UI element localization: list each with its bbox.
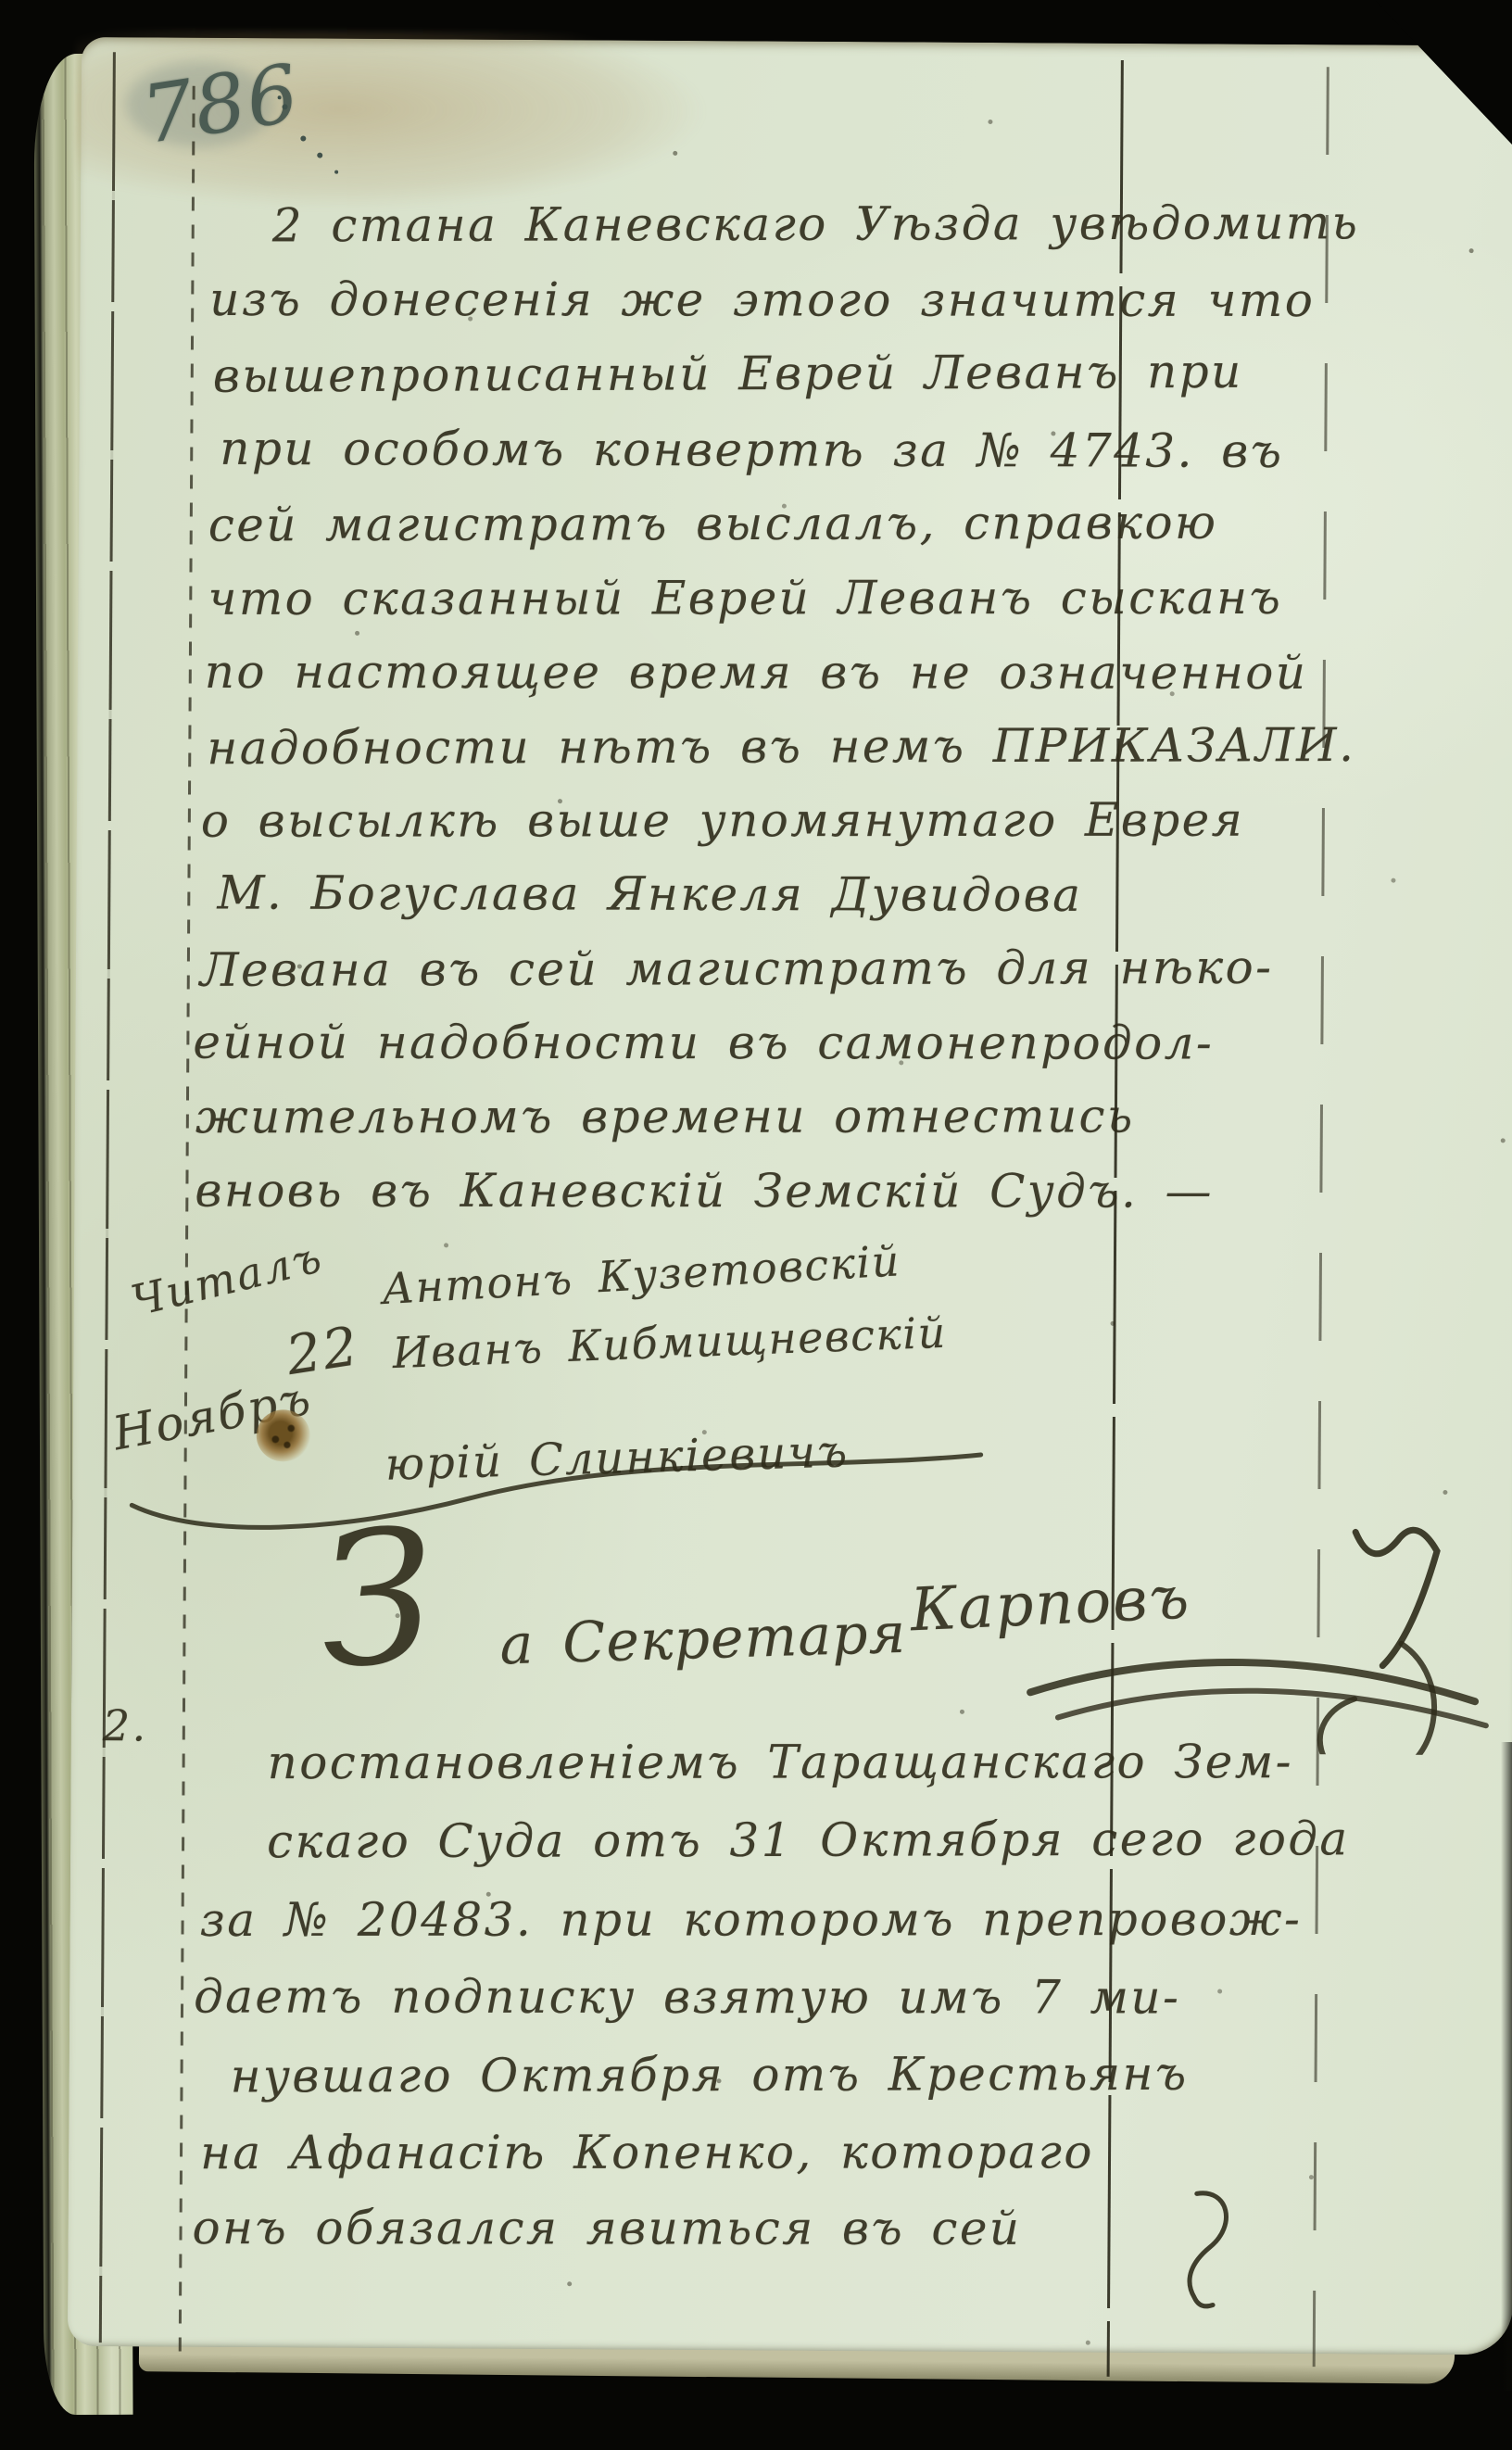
ruled-line-right-inner (1107, 60, 1124, 2377)
signature-underline-flourish (119, 1438, 1046, 1546)
signature: Иванъ Кибмищневскій (392, 1307, 948, 1378)
handwritten-line: за № 20483. при которомъ препровож- (200, 1892, 1303, 1947)
handwritten-line: по настоящее время въ не означенной (205, 645, 1308, 700)
handwritten-line: 2 стана Каневскаго Уѣзда увѣдомить (272, 196, 1360, 252)
archival-photo: 786 2 стана Каневскаго Уѣзда увѣдомить и… (0, 0, 1512, 2450)
margin-note-read: Читалъ (126, 1231, 327, 1326)
handwritten-line: о высылкѣ выше упомянутаго Еврея (201, 793, 1244, 848)
secretary-label: а Секретаря (499, 1601, 908, 1678)
handwritten-line: вышепрописанный Еврей Леванъ при (213, 345, 1243, 403)
handwritten-line: М. Богуслава Янкеля Дувидова (217, 866, 1082, 922)
ruled-line-left-margin (179, 86, 195, 2358)
handwritten-line: скаго Суда отъ 31 Октября сего года (267, 1812, 1350, 1868)
handwritten-line: изъ донесенія же этого значится что (209, 272, 1315, 327)
right-edge-shadow (1501, 1742, 1512, 2391)
paper-specks (82, 37, 84, 40)
handwritten-line: на Афанасіѣ Копенко, котораго (200, 2125, 1094, 2179)
secretary-initial: З (313, 1488, 441, 1709)
handwritten-line: ейной надобности въ самонепродол- (193, 1016, 1214, 1070)
folio-flourish-marks (278, 95, 282, 99)
handwritten-line: даетъ подписку взятую имъ 7 ми- (194, 1970, 1180, 2025)
ink-blot (257, 1409, 310, 1461)
handwritten-line: что сказанный Еврей Леванъ сысканъ (208, 571, 1282, 625)
handwritten-line: надобности нѣтъ въ немъ ПРИКАЗАЛИ. (207, 718, 1355, 775)
ruled-line-left-outer (99, 52, 116, 2343)
handwritten-line: жительномъ времени отнестись (195, 1089, 1135, 1143)
secretary-paraph-flourish (919, 1502, 1512, 1756)
handwritten-line: вновь въ Каневскій Земскій Судъ. — (195, 1164, 1214, 1219)
handwritten-line: постановленіемъ Таращанскаго Зем- (268, 1735, 1293, 1789)
handwritten-line: нувшаго Октября отъ Крестьянъ (231, 2047, 1189, 2103)
signature: Антонъ Кузетовскій (381, 1235, 901, 1314)
ruled-line-right-outer (1313, 67, 1329, 2367)
handwritten-line: онъ обязался явиться въ сей (193, 2201, 1022, 2255)
handwritten-line: Левана въ сей магистратъ для нѣко- (200, 941, 1274, 997)
item-number: 2. (103, 1700, 148, 1750)
handwritten-line: сей магистратъ выслалъ, справкою (208, 496, 1218, 552)
manuscript-page: 786 2 стана Каневскаго Уѣзда увѣдомить и… (68, 37, 1512, 2355)
end-paraph-flourish (1142, 2180, 1273, 2320)
handwritten-line: при особомъ конвертѣ за № 4743. въ (220, 422, 1283, 478)
